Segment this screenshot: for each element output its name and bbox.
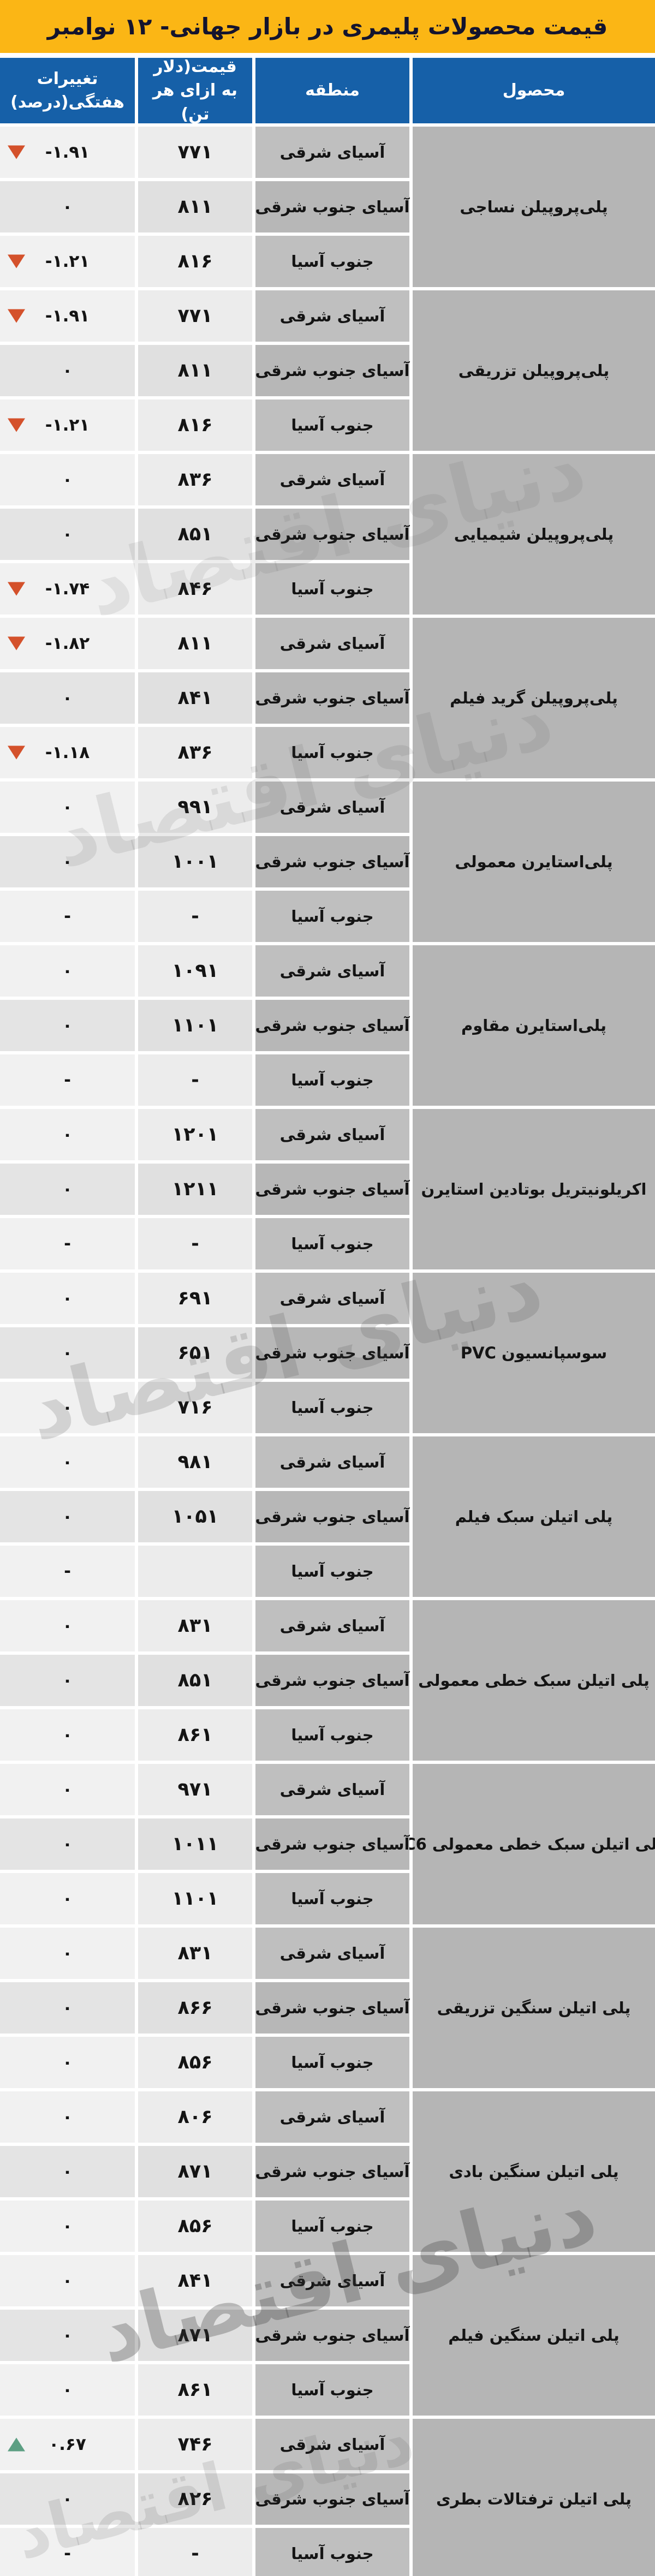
change-value: ۰ [62,2216,73,2236]
change-cell: - [0,1546,135,1597]
price-cell: ۷۱۶ [138,1382,252,1433]
change-value: ۰ [62,2489,73,2509]
change-cell: ۰ [0,836,135,887]
price-cell: ۶۵۱ [138,1327,252,1379]
product-cell: پلی‌پروپیلن تزریقی [413,290,655,451]
change-cell: - [0,1218,135,1269]
change-value: -۱.۹۱ [45,142,90,162]
change-value: -۱.۸۲ [45,634,90,653]
price-cell: ۹۹۱ [138,782,252,833]
trend-down-icon [8,637,25,651]
price-value: ۹۸۱ [177,1451,212,1473]
region-cell: جنوب آسیا [255,1382,409,1433]
region-cell: آسیای جنوب شرقی [255,1982,409,2034]
product-cell: سوسپانسیون PVC [413,1273,655,1433]
change-value: ۰ [62,470,73,490]
region-cell: آسیای شرقی [255,618,409,669]
region-cell: جنوب آسیا [255,2528,409,2576]
price-cell: ۹۷۱ [138,1764,252,1815]
price-cell: ۸۴۱ [138,672,252,724]
region-cell: آسیای شرقی [255,782,409,833]
price-cell: ۷۷۱ [138,127,252,178]
change-cell: ۰ [0,2037,135,2088]
price-value: ۸۶۱ [177,1724,212,1746]
region-cell: جنوب آسیا [255,1218,409,1269]
change-cell: ۰ [0,1655,135,1706]
change-value: ۰ [62,2107,73,2127]
price-value: ۶۹۱ [177,1287,212,1309]
region-cell: آسیای جنوب شرقی [255,509,409,560]
change-value: ۰ [62,2380,73,2400]
region-cell: آسیای جنوب شرقی [255,2146,409,2197]
price-value: ۸۳۶ [177,742,212,764]
change-cell: -۱.۸۲ [0,618,135,669]
price-cell: ۱۲۱۱ [138,1164,252,1215]
region-cell: آسیای شرقی [255,290,409,342]
change-cell: ۰ [0,945,135,997]
region-cell: آسیای جنوب شرقی [255,1655,409,1706]
price-value: ۸۶۱ [177,2379,212,2401]
change-value: ۰ [62,1998,73,2018]
price-cell: ۸۳۶ [138,454,252,505]
region-cell: جنوب آسیا [255,1546,409,1597]
change-value: - [64,1070,71,1090]
price-cell: ۸۶۱ [138,2364,252,2416]
change-value: ۰ [62,1016,73,1035]
price-value: ۸۳۶ [177,469,212,491]
product-cell: پلی اتیلن سبک خطی معمولی C6 [413,1764,655,1924]
product-cell: پلی‌استایرن مقاوم [413,945,655,1106]
price-value: ۸۵۶ [177,2215,212,2237]
price-value: ۱۲۰۱ [172,1124,218,1146]
price-value: ۸۱۱ [177,196,212,218]
price-value: ۸۵۱ [177,1669,212,1691]
region-cell: آسیای شرقی [255,2255,409,2306]
region-cell: آسیای شرقی [255,1764,409,1815]
product-cell: پلی اتیلن سنگین فیلم [413,2255,655,2416]
region-cell: آسیای جنوب شرقی [255,836,409,887]
change-cell: ۰ [0,2091,135,2143]
region-cell: آسیای شرقی [255,1273,409,1324]
change-value: ۰ [62,2053,73,2072]
change-cell: -۱.۹۱ [0,127,135,178]
change-value: ۰.۶۷ [49,2435,86,2454]
product-cell: پلی اتیلن سنگین تزریقی [413,1928,655,2088]
table-title: قیمت محصولات پلیمری در بازار جهانی- ۱۲ ن… [47,13,608,40]
price-value: ۸۰۶ [177,2106,212,2128]
change-cell: ۰ [0,1273,135,1324]
region-cell: جنوب آسیا [255,1873,409,1924]
price-value: - [191,1069,199,1091]
trend-down-icon [8,146,25,159]
table-title-bar: قیمت محصولات پلیمری در بازار جهانی- ۱۲ ن… [0,0,655,53]
price-value: - [191,905,199,927]
price-cell: ۸۷۱ [138,2310,252,2361]
change-cell: ۰ [0,1982,135,2034]
change-value: ۰ [62,1889,73,1909]
change-cell: ۰ [0,1164,135,1215]
price-value: ۸۵۱ [177,523,212,545]
region-cell: آسیای شرقی [255,127,409,178]
change-value: ۰ [62,1289,73,1308]
change-value: ۰ [62,1725,73,1745]
region-cell: آسیای شرقی [255,1436,409,1488]
change-value: ۰ [62,2271,73,2291]
product-cell: پلی‌پروپیلن شیمیایی [413,454,655,615]
change-value: ۰ [62,1452,73,1472]
column-header-region: منطقه [255,58,409,123]
region-cell: آسیای شرقی [255,1109,409,1160]
change-value: ۰ [62,1616,73,1636]
price-cell: ۱۰۱۱ [138,1818,252,1870]
change-value: - [64,907,71,926]
price-value: ۷۷۱ [177,141,212,163]
change-cell: ۰ [0,181,135,232]
price-cell: ۷۴۶ [138,2419,252,2470]
region-cell: جنوب آسیا [255,2201,409,2252]
price-cell: - [138,2528,252,2576]
region-cell: آسیای شرقی [255,454,409,505]
price-cell: ۸۷۱ [138,2146,252,2197]
product-cell: پلی اتیلن ترفتالات بطری [413,2419,655,2576]
change-cell: ۰ [0,1436,135,1488]
price-value: ۸۱۱ [177,360,212,381]
change-cell: ۰ [0,2255,135,2306]
change-cell: ۰ [0,454,135,505]
price-cell: ۱۰۹۱ [138,945,252,997]
price-value: ۷۷۱ [177,305,212,327]
region-cell: آسیای شرقی [255,1600,409,1651]
price-value: ۸۷۱ [177,2324,212,2346]
price-cell: ۸۱۱ [138,181,252,232]
region-cell: جنوب آسیا [255,1709,409,1761]
region-cell: آسیای شرقی [255,2091,409,2143]
change-cell: ۰.۶۷ [0,2419,135,2470]
change-cell: -۱.۷۴ [0,563,135,615]
change-value: -۱.۲۱ [45,415,90,435]
price-value: ۶۵۱ [177,1342,212,1364]
price-cell: ۸۱۱ [138,618,252,669]
price-value: ۸۱۱ [177,633,212,654]
region-cell: جنوب آسیا [255,399,409,451]
change-value: ۰ [62,961,73,981]
price-cell: ۸۱۱ [138,345,252,396]
change-cell: ۰ [0,1327,135,1379]
change-value: ۰ [62,1943,73,1963]
region-cell: آسیای جنوب شرقی [255,672,409,724]
change-value: ۰ [62,1507,73,1526]
price-value: ۷۱۶ [177,1397,212,1418]
price-value: ۱۰۰۱ [172,851,218,873]
price-value: ۱۰۱۱ [172,1833,218,1855]
change-value: ۰ [62,1125,73,1144]
change-cell: ۰ [0,345,135,396]
change-cell: ۰ [0,672,135,724]
change-value: ۰ [62,852,73,872]
change-cell: ۰ [0,1491,135,1542]
price-cell: ۸۴۱ [138,2255,252,2306]
price-cell: ۸۳۱ [138,1600,252,1651]
price-value: - [191,1233,199,1255]
change-cell: -۱.۲۱ [0,236,135,287]
change-value: ۰ [62,2325,73,2345]
trend-down-icon [8,746,25,760]
change-value: ۰ [62,1834,73,1854]
change-value: ۰ [62,2162,73,2181]
change-cell: ۰ [0,1928,135,1979]
trend-down-icon [8,582,25,596]
price-cell: ۸۲۶ [138,2473,252,2525]
trend-up-icon [8,2438,25,2452]
change-cell: ۰ [0,1382,135,1433]
price-value: ۸۱۶ [177,414,212,436]
price-value: ۱۰۹۱ [172,960,218,982]
region-cell: جنوب آسیا [255,1054,409,1106]
change-value: ۰ [62,1398,73,1417]
price-value: ۱۱۰۱ [172,1888,218,1910]
price-cell: ۶۹۱ [138,1273,252,1324]
price-cell: ۱۰۵۱ [138,1491,252,1542]
price-cell: ۸۵۱ [138,509,252,560]
price-value: ۸۲۶ [177,2488,212,2510]
price-cell: ۸۳۶ [138,727,252,778]
price-value: ۸۷۱ [177,2161,212,2183]
column-header-price: قیمت(دلار به ازای هر تن) [138,58,252,123]
change-cell: ۰ [0,782,135,833]
product-cell: پلی اتیلن سبک فیلم [413,1436,655,1597]
trend-down-icon [8,309,25,323]
price-value: ۹۷۱ [177,1779,212,1800]
price-value: ۷۴۶ [177,2434,212,2455]
region-cell: آسیای جنوب شرقی [255,181,409,232]
region-cell: آسیای جنوب شرقی [255,1164,409,1215]
product-cell: اکریلونیتریل بوتادین استایرن [413,1109,655,1269]
region-cell: جنوب آسیا [255,2364,409,2416]
product-cell: پلی‌استایرن معمولی [413,782,655,942]
price-cell: ۸۶۶ [138,1982,252,2034]
change-cell: ۰ [0,2364,135,2416]
change-value: ۰ [62,688,73,708]
region-cell: آسیای شرقی [255,2419,409,2470]
change-value: ۰ [62,1343,73,1363]
change-cell: ۰ [0,2473,135,2525]
change-cell: ۰ [0,1873,135,1924]
price-cell: ۸۱۶ [138,399,252,451]
price-cell: ۸۰۶ [138,2091,252,2143]
change-cell: ۰ [0,2310,135,2361]
region-cell: جنوب آسیا [255,563,409,615]
change-cell: ۰ [0,1709,135,1761]
price-value: ۸۳۱ [177,1615,212,1637]
price-cell: ۸۵۶ [138,2037,252,2088]
price-cell: ۸۴۶ [138,563,252,615]
polymer-price-table-page: قیمت محصولات پلیمری در بازار جهانی- ۱۲ ن… [0,0,655,2576]
trend-down-icon [8,419,25,432]
change-cell: -۱.۹۱ [0,290,135,342]
change-cell: ۰ [0,509,135,560]
change-value: ۰ [62,524,73,544]
change-value: -۱.۹۱ [45,306,90,326]
price-value: ۸۵۶ [177,2052,212,2073]
change-value: ۰ [62,361,73,380]
price-cell: ۸۱۶ [138,236,252,287]
region-cell: آسیای شرقی [255,1928,409,1979]
change-cell: ۰ [0,2146,135,2197]
product-cell: پلی اتیلن سنگین بادی [413,2091,655,2252]
price-cell: - [138,1218,252,1269]
change-value: ۰ [62,1179,73,1199]
change-cell: - [0,1054,135,1106]
price-value: ۱۲۱۱ [172,1178,218,1200]
product-cell: پلی اتیلن سبک خطی معمولی [413,1600,655,1761]
price-value: ۱۰۵۱ [172,1506,218,1528]
product-cell: پلی‌پروپیلن نساجی [413,127,655,287]
price-table: محصول منطقه قیمت(دلار به ازای هر تن) تغی… [0,58,655,2576]
change-value: ۰ [62,197,73,217]
price-cell: ۱۱۰۱ [138,1000,252,1051]
column-header-change: تغییرات هفتگی(درصد) [0,58,135,123]
change-value: ۰ [62,1780,73,1799]
change-cell: -۱.۲۱ [0,399,135,451]
price-value: ۸۶۶ [177,1997,212,2019]
price-value: ۸۴۶ [177,578,212,600]
region-cell: آسیای شرقی [255,945,409,997]
price-value: ۸۱۶ [177,251,212,272]
region-cell: جنوب آسیا [255,891,409,942]
price-cell: ۸۳۱ [138,1928,252,1979]
price-cell [138,1546,252,1597]
change-value: - [64,1234,71,1254]
price-value: ۸۳۱ [177,1942,212,1964]
change-value: -۱.۷۴ [45,579,90,599]
price-cell: ۸۵۱ [138,1655,252,1706]
price-cell: ۸۵۶ [138,2201,252,2252]
change-cell: ۰ [0,1764,135,1815]
price-value: ۸۴۱ [177,2270,212,2292]
price-cell: ۷۷۱ [138,290,252,342]
change-cell: ۰ [0,2201,135,2252]
price-value: ۱۱۰۱ [172,1015,218,1036]
region-cell: آسیای جنوب شرقی [255,1327,409,1379]
change-cell: - [0,2528,135,2576]
change-cell: ۰ [0,1818,135,1870]
region-cell: جنوب آسیا [255,236,409,287]
region-cell: آسیای جنوب شرقی [255,345,409,396]
region-cell: آسیای جنوب شرقی [255,1818,409,1870]
region-cell: آسیای جنوب شرقی [255,2473,409,2525]
region-cell: آسیای جنوب شرقی [255,1000,409,1051]
product-cell: پلی‌پروپیلن گرید فیلم [413,618,655,778]
change-cell: ۰ [0,1600,135,1651]
column-header-product: محصول [413,58,655,123]
price-value: ۹۹۱ [177,796,212,818]
price-cell: - [138,1054,252,1106]
change-cell: - [0,891,135,942]
change-value: - [64,2544,71,2563]
region-cell: جنوب آسیا [255,727,409,778]
change-value: ۰ [62,797,73,817]
trend-down-icon [8,255,25,269]
price-value: ۸۴۱ [177,687,212,709]
change-value: -۱.۱۸ [45,743,90,762]
price-cell: ۱۱۰۱ [138,1873,252,1924]
price-cell: - [138,891,252,942]
change-cell: ۰ [0,1109,135,1160]
region-cell: جنوب آسیا [255,2037,409,2088]
change-value: - [64,1561,71,1581]
change-value: ۰ [62,1671,73,1690]
change-cell: ۰ [0,1000,135,1051]
change-value: -۱.۲۱ [45,252,90,271]
region-cell: آسیای جنوب شرقی [255,1491,409,1542]
price-cell: ۹۸۱ [138,1436,252,1488]
change-cell: -۱.۱۸ [0,727,135,778]
price-cell: ۱۲۰۱ [138,1109,252,1160]
price-cell: ۱۰۰۱ [138,836,252,887]
region-cell: آسیای جنوب شرقی [255,2310,409,2361]
price-value: - [191,2543,199,2565]
price-cell: ۸۶۱ [138,1709,252,1761]
